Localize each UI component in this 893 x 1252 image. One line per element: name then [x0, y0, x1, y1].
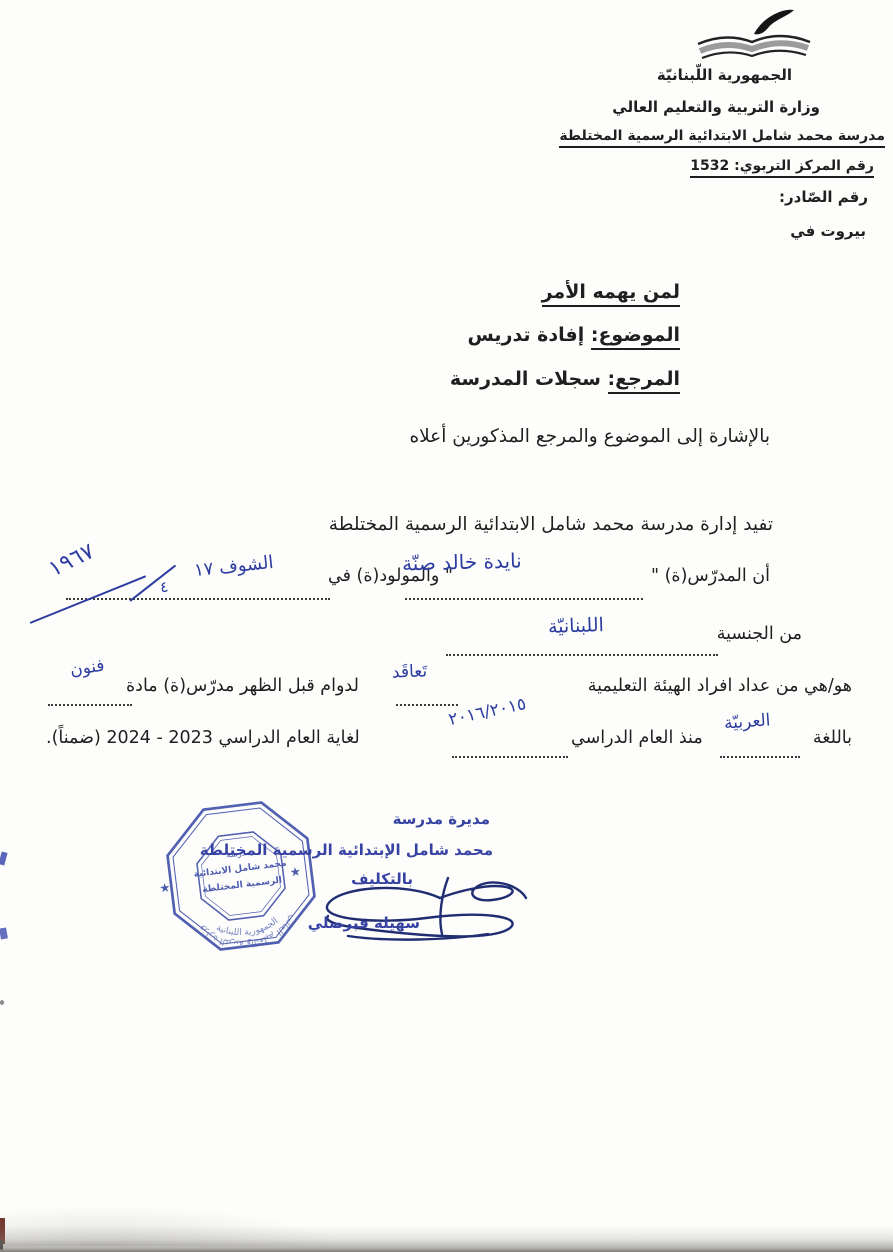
stamp-center-line3: الرسمية المختلطة: [202, 876, 283, 896]
subject-value: إفادة تدريس: [468, 324, 591, 346]
signatory-name: سهيلة قبرصلي: [308, 914, 420, 932]
intro-line: بالإشارة إلى الموضوع والمرجع المذكورين أ…: [409, 426, 770, 447]
dotted-blank-birth: [66, 595, 330, 600]
subject-line: الموضوع: إفادة تدريس: [468, 324, 680, 346]
dotted-blank-start-year: [452, 753, 568, 758]
handwritten-subject: فنون: [69, 656, 106, 681]
to-whom-heading: لمن يهمه الأمر: [542, 281, 680, 307]
form-line3-prefix: هو/هي من عداد افراد الهيئة التعليمية: [588, 676, 852, 696]
dotted-blank-nationality: [446, 651, 718, 656]
handwritten-birth-year: ١٩٦٧: [45, 539, 98, 582]
dotted-blank-subject: [48, 701, 132, 706]
reference-line: المرجع: سجلات المدرسة: [450, 368, 680, 390]
form-line4-middle: منذ العام الدراسي: [571, 728, 703, 748]
scanned-document-page: الجمهورية اللّبنانيّة وزارة التربية والت…: [0, 0, 893, 1252]
scan-bottom-shadow: [0, 1226, 893, 1252]
handwritten-birth-month: ٤: [158, 577, 169, 596]
form-line4-prefix: باللغة: [813, 728, 852, 748]
signatory-school: محمد شامل الإبتدائية الرسمية المختلطة: [200, 841, 493, 859]
letterhead-republic: الجمهورية اللّبنانيّة: [657, 66, 792, 84]
scan-artifact: [0, 1000, 4, 1005]
handwritten-status: تَعاقَد: [392, 661, 428, 682]
handwritten-nationality: اللبنانيّة: [548, 614, 605, 638]
handwritten-language: العربيّة: [723, 710, 771, 733]
dotted-blank-status: [396, 701, 458, 706]
certify-line: تفيد إدارة مدرسة محمد شامل الابتدائية ال…: [329, 514, 773, 535]
letterhead-ministry: وزارة التربية والتعليم العالي: [612, 98, 820, 116]
dotted-blank-name: [405, 595, 643, 600]
letterhead-center-number: رقم المركز التربوي: 1532: [690, 158, 874, 178]
form-line2-prefix: من الجنسية: [717, 624, 802, 644]
letterhead-issue-number: رقم الصّادر:: [779, 188, 868, 206]
form-line4-suffix: لغاية العام الدراسي 2023 - 2024 (ضمناً).: [46, 728, 360, 748]
form-line1-prefix: أن المدرّس(ة) ": [651, 566, 770, 586]
handwritten-birth-place: الشوف ١٧: [193, 552, 274, 581]
handwritten-start-year: ٢٠١٦/٢٠١٥: [447, 694, 528, 730]
letterhead-city-date: بيروت في: [790, 222, 866, 240]
dotted-blank-language: [720, 753, 800, 758]
scan-artifact: [0, 927, 8, 939]
reference-label: المرجع:: [608, 368, 680, 394]
signatory-title: مديرة مدرسة: [393, 810, 490, 828]
subject-label: الموضوع:: [591, 324, 680, 350]
ministry-logo-icon: [688, 6, 820, 68]
form-line3-middle: لدوام قبل الظهر مدرّس(ة) مادة: [126, 676, 359, 696]
reference-value: سجلات المدرسة: [450, 368, 608, 390]
letterhead-school-name: مدرسة محمد شامل الابتدائية الرسمية المخت…: [559, 128, 885, 148]
stamp-star-left-icon: ★: [159, 880, 172, 895]
scan-artifact: [0, 851, 8, 865]
handwritten-teacher-name: نايدة خالد صنّة: [402, 548, 522, 575]
signature-scribble: [288, 872, 538, 947]
